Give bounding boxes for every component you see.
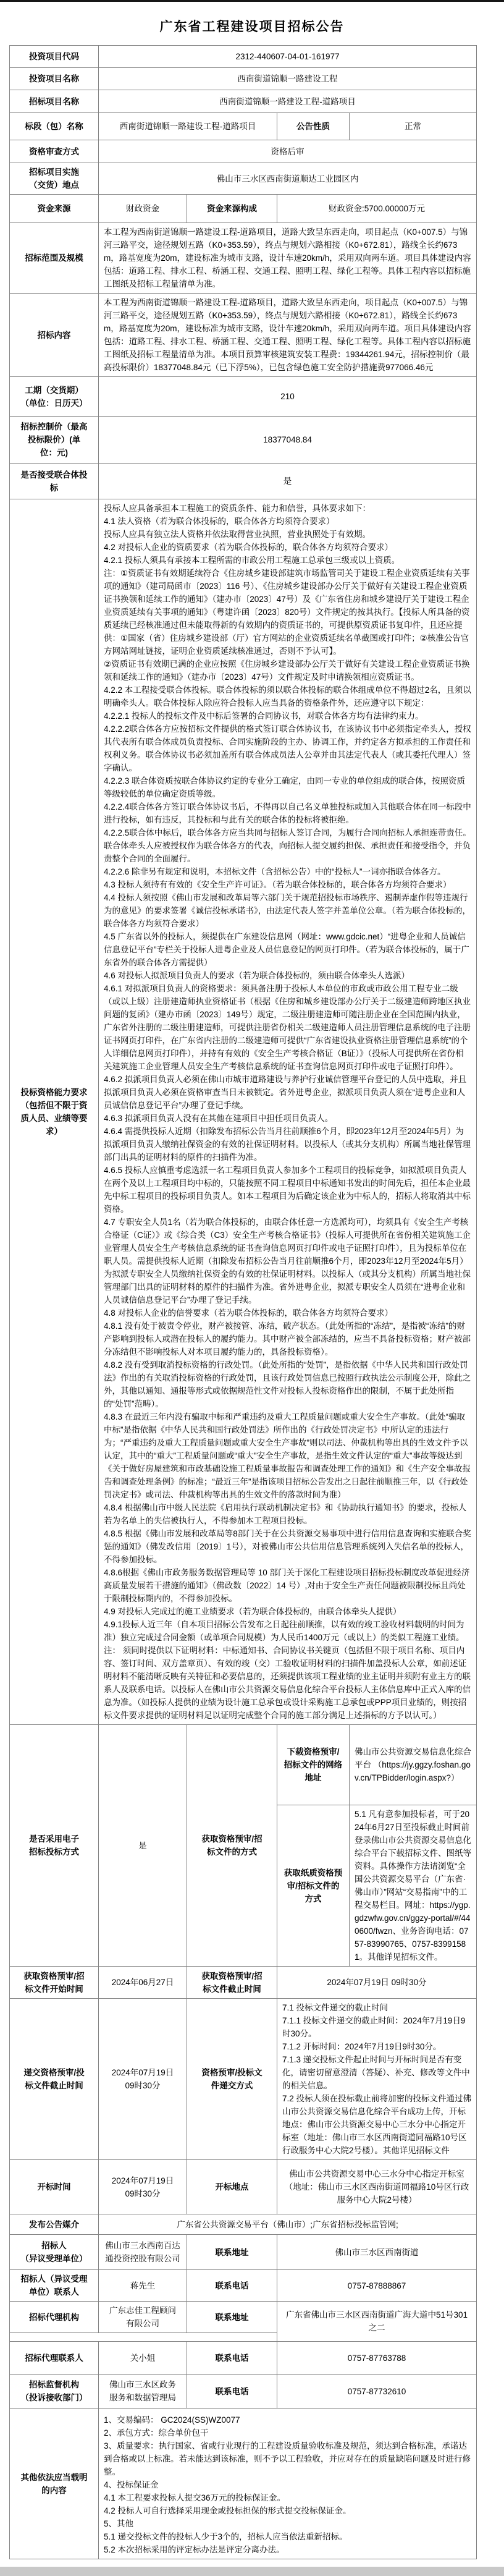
project-code-label: 投资项目代码	[10, 46, 99, 68]
agency-tel-value: 0757-87763788	[277, 2342, 477, 2375]
row-fund: 资金来源 财政资金 资金来源构成 财政资金:5700.00000万元	[10, 195, 477, 223]
qualify-method-value: 资格后审	[99, 140, 477, 163]
obtain-end-label: 获取资格预审/招 标文件截止时间	[187, 1967, 277, 1999]
other-label: 其他依法应当载明 的内容	[10, 2409, 99, 2559]
row-qualification: 投标资格能力要求 （包括但不限于资 质人员、业绩等要 求） 投标人应具备承担本工…	[10, 499, 477, 1725]
fund-label: 资金来源	[10, 195, 99, 223]
row-tender-name: 招标项目名称 西南街道锦顺一路建设工程-道路项目	[10, 90, 477, 113]
fund-value: 财政资金	[99, 195, 187, 223]
location-label: 招标项目实施 （交货）地点	[10, 163, 99, 195]
tender-name-label: 招标项目名称	[10, 90, 99, 113]
invest-name-label: 投资项目名称	[10, 68, 99, 90]
content-text: 本工程为西南街道锦顺一路建设工程-道路项目，道路大致呈东西走向，项目起点（K0+…	[99, 294, 477, 377]
obtain-end-value: 2024年07月19日 09时30分	[277, 1967, 477, 1999]
fund-comp-label: 资金来源构成	[187, 195, 277, 223]
agency-tel-label: 联系电话	[187, 2342, 277, 2375]
row-submit: 递交资格预审/投 标文件截止时间 2024年07月19日 09时30分 资格预审…	[10, 1999, 477, 2160]
submit-deadline-label: 递交资格预审/投 标文件截止时间	[10, 1999, 99, 2160]
row-agency-contact: 招标代理联系人 关小姐 联系电话 0757-87763788	[10, 2342, 477, 2375]
notice-nature-label: 公告性质	[277, 113, 350, 140]
open-place-label: 开标地点	[187, 2160, 277, 2214]
obtain-start-label: 获取资格预审/招 标文件开始时间	[10, 1967, 99, 1999]
submit-method-label: 资格预审/投标文 件递交方式	[187, 1999, 277, 2160]
row-ceiling: 招标控制价（最高 投标限价）(单 位：元) 18377048.84	[10, 417, 477, 464]
scope-label: 招标范围及规模	[10, 223, 99, 294]
submit-method-text: 7.1 投标文件递交的截止时间 7.1.1 投标文件递交的截止时间：2024年7…	[277, 1999, 477, 2160]
consortium-value: 是	[99, 464, 477, 499]
tenderer-label: 招标人 （异议受理单位）	[10, 2235, 99, 2270]
open-place-value: 佛山市公共资源交易中心三水分中心指定开标室（地址：佛山市三水区西南街道同福路10…	[277, 2160, 477, 2214]
supervisor-tel-value: 0757-87732610	[277, 2375, 477, 2409]
announcement-table: 投资项目代码 2312-440607-04-01-161977 投资项目名称 西…	[9, 45, 477, 2559]
consortium-label: 是否接受联合体投 标	[10, 464, 99, 499]
tenderer-contact-value: 蒋先生	[99, 2270, 187, 2302]
row-opening: 开标时间 2024年07月19日 09时30分 开标地点 佛山市公共资源交易中心…	[10, 2160, 477, 2214]
obtain-method-label: 获取资格预审/招 标文件的方式	[187, 1725, 277, 1967]
section-value: 西南街道锦顺一路建设工程-道路项目	[99, 113, 277, 140]
tenderer-tel-label: 联系电话	[187, 2270, 277, 2302]
supervisor-label: 招标监督机构 （投诉接收部门）	[10, 2375, 99, 2409]
tenderer-tel-value: 0757-87888867	[277, 2270, 477, 2302]
invest-name-value: 西南街道锦顺一路建设工程	[99, 68, 477, 90]
row-etender-download: 是否采用电子 招标投标方式 是 获取资格预审/招 标文件的方式 下载资格预审/ …	[10, 1725, 477, 1805]
agency-contact-value: 关小姐	[99, 2342, 187, 2375]
paper-label: 获取纸质资格预 审/招标文件的 方式	[277, 1805, 350, 1967]
ceiling-label: 招标控制价（最高 投标限价）(单 位：元)	[10, 417, 99, 464]
row-tenderer: 招标人 （异议受理单位） 佛山市三水西南百达通投资控股有限公司 联系地址 佛山市…	[10, 2235, 477, 2270]
row-consortium: 是否接受联合体投 标 是	[10, 464, 477, 499]
fund-comp-value: 财政资金:5700.00000万元	[277, 195, 477, 223]
row-qualify-method: 资格审查方式 资格后审	[10, 140, 477, 163]
qualify-method-label: 资格审查方式	[10, 140, 99, 163]
row-other: 其他依法应当载明 的内容 1、交易编码： GC2024(SS)WZ0077 2、…	[10, 2409, 477, 2559]
agency-gap-spacer	[10, 2333, 277, 2342]
supervisor-value: 佛山市三水区政务 服务和数据管理局	[99, 2375, 187, 2409]
row-obtain-time: 获取资格预审/招 标文件开始时间 2024年06月27日 获取资格预审/招 标文…	[10, 1967, 477, 1999]
supervisor-tel-label: 联系电话	[187, 2375, 277, 2409]
ceiling-value: 18377048.84	[99, 417, 477, 464]
location-value: 佛山市三水区西南街道顺达工业园区内	[99, 163, 477, 195]
open-time-label: 开标时间	[10, 2160, 99, 2214]
media-value: 广东省公共资源交易平台（佛山市）;广东省招标投标监管网;	[99, 2214, 477, 2235]
top-bar	[0, 0, 504, 2]
tenderer-addr-value: 佛山市三水区西南街道	[277, 2235, 477, 2270]
other-text: 1、交易编码： GC2024(SS)WZ0077 2、承包方式：综合单价包干 3…	[99, 2409, 477, 2559]
agency-value: 广东志佳工程顾问 有限公司	[99, 2302, 187, 2333]
media-label: 发布公告媒介	[10, 2214, 99, 2235]
submit-deadline-value: 2024年07月19日 09时30分	[99, 1999, 187, 2160]
agency-addr-label: 联系地址	[187, 2302, 277, 2333]
row-scope: 招标范围及规模 本工程为西南街道锦顺一路建设工程-道路项目，道路大致呈东西走向，…	[10, 223, 477, 294]
row-invest-name: 投资项目名称 西南街道锦顺一路建设工程	[10, 68, 477, 90]
row-content: 招标内容 本工程为西南街道锦顺一路建设工程-道路项目，道路大致呈东西走向，项目起…	[10, 294, 477, 377]
etender-value: 是	[99, 1725, 187, 1967]
paper-text: 5.1 凡有意参加投标者，可于2024年6月27日至投标截止时间前登录佛山市公共…	[350, 1805, 477, 1967]
agency-contact-label: 招标代理联系人	[10, 2342, 99, 2375]
etender-label: 是否采用电子 招标投标方式	[10, 1725, 99, 1967]
scope-text: 本工程为西南街道锦顺一路建设工程-道路项目，道路大致呈东西走向，项目起点（K0+…	[99, 223, 477, 294]
tender-name-value: 西南街道锦顺一路建设工程-道路项目	[99, 90, 477, 113]
download-label: 下载资格预审/ 招标文件的网络 地址	[277, 1725, 350, 1805]
row-section: 标段（包）名称 西南街道锦顺一路建设工程-道路项目 公告性质 正常	[10, 113, 477, 140]
row-agency: 招标代理机构 广东志佳工程顾问 有限公司 联系地址 广东省佛山市三水区西南街道广…	[10, 2302, 477, 2333]
row-supervisor: 招标监督机构 （投诉接收部门） 佛山市三水区政务 服务和数据管理局 联系电话 0…	[10, 2375, 477, 2409]
row-duration: 工期（交货期） （单位：日历天） 210	[10, 377, 477, 417]
row-tenderer-contact: 招标人（异议受理 单位）联系人 蒋先生 联系电话 0757-87888867	[10, 2270, 477, 2302]
qualification-label: 投标资格能力要求 （包括但不限于资 质人员、业绩等要 求）	[10, 499, 99, 1725]
page-title: 广东省工程建设项目招标公告	[0, 17, 504, 35]
duration-value: 210	[99, 377, 477, 417]
qualification-text: 投标人应具备承担本工程施工的资质条件、能力和信誉，具体要求如下： 4.1 法人资…	[99, 499, 477, 1725]
tenderer-addr-label: 联系地址	[187, 2235, 277, 2270]
open-time-value: 2024年07月19日 09时30分	[99, 2160, 187, 2214]
bottom-bar	[0, 2567, 504, 2576]
tenderer-contact-label: 招标人（异议受理 单位）联系人	[10, 2270, 99, 2302]
obtain-start-value: 2024年06月27日	[99, 1967, 187, 1999]
row-project-code: 投资项目代码 2312-440607-04-01-161977	[10, 46, 477, 68]
tenderer-value: 佛山市三水西南百达通投资控股有限公司	[99, 2235, 187, 2270]
duration-label: 工期（交货期） （单位：日历天）	[10, 377, 99, 417]
download-value: 佛山市公共资源交易信息化综合平台 （https://jy.ggzy.foshan…	[350, 1725, 477, 1805]
notice-nature-value: 正常	[350, 113, 477, 140]
row-location: 招标项目实施 （交货）地点 佛山市三水区西南街道顺达工业园区内	[10, 163, 477, 195]
project-code-value: 2312-440607-04-01-161977	[99, 46, 477, 68]
section-label: 标段（包）名称	[10, 113, 99, 140]
agency-label: 招标代理机构	[10, 2302, 99, 2333]
content-label: 招标内容	[10, 294, 99, 377]
row-media: 发布公告媒介 广东省公共资源交易平台（佛山市）;广东省招标投标监管网;	[10, 2214, 477, 2235]
